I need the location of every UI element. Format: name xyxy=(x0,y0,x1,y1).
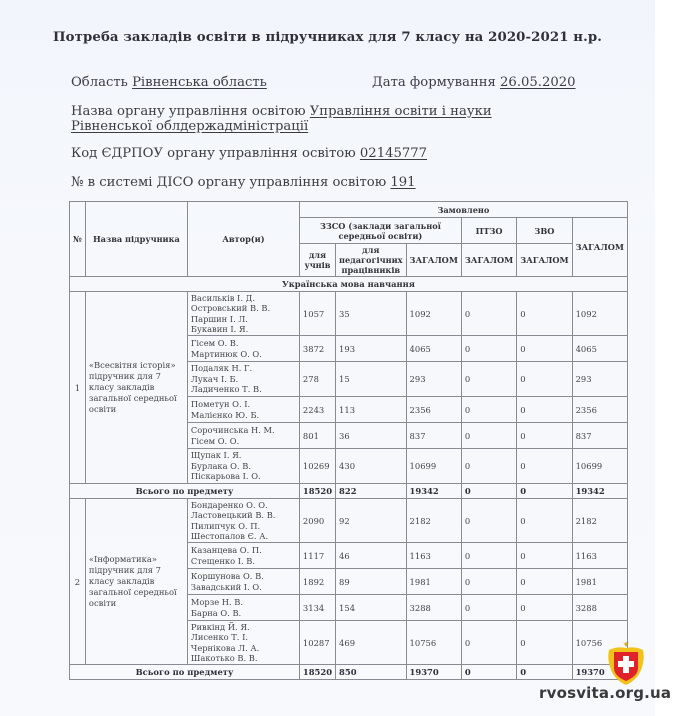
authority-label: Назва органу управління освітою xyxy=(71,104,306,119)
author-name: Шестопалов Є. А. xyxy=(191,531,296,542)
authors-cell: Пометун О. І.Малієнко Ю. Б. xyxy=(187,397,299,423)
section-row: Українська мова навчання xyxy=(70,277,628,292)
author-name: Чернікова Л. А. xyxy=(191,643,296,654)
header-ptzo: ПТЗО xyxy=(461,218,516,244)
cell-students: 3134 xyxy=(299,595,335,621)
cell-ptzo: 0 xyxy=(461,595,516,621)
author-name: Коршунова О. В. xyxy=(191,571,296,582)
author-name: Стещенко І. В. xyxy=(191,556,296,567)
region-line: Область Рівненська область xyxy=(71,75,267,90)
total-students: 18520 xyxy=(299,665,335,680)
author-name: Ладиченко Т. В. xyxy=(191,384,296,395)
cell-zvo: 0 xyxy=(517,362,572,397)
cell-total: 1092 xyxy=(572,292,627,336)
cell-students: 10269 xyxy=(299,449,335,484)
cell-zvo: 0 xyxy=(517,499,572,543)
cell-total: 3288 xyxy=(572,595,627,621)
author-name: Барна О. В. xyxy=(191,608,296,619)
cell-zvo: 0 xyxy=(517,543,572,569)
header-zvo: ЗВО xyxy=(517,218,572,244)
author-name: Гісем О. В. xyxy=(191,338,296,349)
header-zzso: ЗЗСО (заклади загальної середньої освіти… xyxy=(299,218,461,244)
author-name: Лисенко Т. І. xyxy=(191,632,296,643)
cell-students: 10287 xyxy=(299,621,335,665)
author-name: Ривкінд Й. Я. xyxy=(191,622,296,633)
author-name: Васильків І. Д. xyxy=(191,293,296,304)
cell-ptzo: 0 xyxy=(461,569,516,595)
table-row: 1«Всесвітня історія» підручник для 7 кла… xyxy=(70,292,628,336)
author-name: Островський В. В. xyxy=(191,303,296,314)
cell-total: 1981 xyxy=(572,569,627,595)
cell-ptzo: 0 xyxy=(461,423,516,449)
cell-zzso-total: 2356 xyxy=(406,397,461,423)
cell-students: 1057 xyxy=(299,292,335,336)
cell-ptzo: 0 xyxy=(461,292,516,336)
watermark-site: rvosvita.org.ua xyxy=(539,684,671,702)
cell-ptzo: 0 xyxy=(461,397,516,423)
textbook-demand-table: № Назва підручника Автор(и) Замовлено ЗЗ… xyxy=(69,201,628,680)
author-name: Паршин І. Л. xyxy=(191,314,296,325)
cell-zvo: 0 xyxy=(517,397,572,423)
cell-total: 1163 xyxy=(572,543,627,569)
cell-zzso-total: 837 xyxy=(406,423,461,449)
subject-number: 2 xyxy=(70,499,86,665)
cell-zzso-total: 10699 xyxy=(406,449,461,484)
author-name: Морзе Н. В. xyxy=(191,597,296,608)
region-label: Область xyxy=(71,75,128,90)
cell-zzso-total: 4065 xyxy=(406,336,461,362)
document-title: Потреба закладів освіти в підручниках дл… xyxy=(0,30,655,45)
cell-students: 2090 xyxy=(299,499,335,543)
cell-zvo: 0 xyxy=(517,595,572,621)
authors-cell: Ривкінд Й. Я.Лисенко Т. І.Чернікова Л. А… xyxy=(187,621,299,665)
cell-ptzo: 0 xyxy=(461,336,516,362)
author-name: Ластовецький В. В. xyxy=(191,510,296,521)
total-zvo: 0 xyxy=(517,484,572,499)
cell-total: 2182 xyxy=(572,499,627,543)
table-row: 2«Інформатика» підручник для 7 класу зак… xyxy=(70,499,628,543)
cell-teachers: 430 xyxy=(336,449,407,484)
author-name: Щупак І. Я. xyxy=(191,450,296,461)
author-name: Казанцева О. П. xyxy=(191,545,296,556)
cell-total: 10699 xyxy=(572,449,627,484)
cell-ptzo: 0 xyxy=(461,621,516,665)
author-name: Сорочинська Н. М. xyxy=(191,425,296,436)
cell-students: 1892 xyxy=(299,569,335,595)
cell-teachers: 36 xyxy=(336,423,407,449)
cell-teachers: 469 xyxy=(336,621,407,665)
cell-zzso-total: 1163 xyxy=(406,543,461,569)
cell-teachers: 92 xyxy=(336,499,407,543)
cell-zzso-total: 1092 xyxy=(406,292,461,336)
cell-total: 837 xyxy=(572,423,627,449)
cell-total: 2356 xyxy=(572,397,627,423)
cell-zzso-total: 10756 xyxy=(406,621,461,665)
cell-ptzo: 0 xyxy=(461,543,516,569)
cell-zzso-total: 1981 xyxy=(406,569,461,595)
authors-cell: Щупак І. Я.Бурлака О. В.Піскарьова І. О. xyxy=(187,449,299,484)
author-name: Бондаренко О. О. xyxy=(191,500,296,511)
authors-cell: Васильків І. Д.Островський В. В.Паршин І… xyxy=(187,292,299,336)
cell-zzso-total: 2182 xyxy=(406,499,461,543)
total-ptzo: 0 xyxy=(461,665,516,680)
author-name: Гісем О. О. xyxy=(191,436,296,447)
author-name: Малієнко Ю. Б. xyxy=(191,410,296,421)
cell-teachers: 113 xyxy=(336,397,407,423)
cell-teachers: 89 xyxy=(336,569,407,595)
authority-line: Назва органу управління освітою Управлін… xyxy=(71,104,551,134)
diso-value: 191 xyxy=(390,175,415,190)
total-zzso-total: 19370 xyxy=(406,665,461,680)
rivne-oblast-coat-of-arms-icon xyxy=(605,638,647,686)
header-zzso-total: ЗАГАЛОМ xyxy=(406,244,461,277)
total-students: 18520 xyxy=(299,484,335,499)
author-name: Бурлака О. В. xyxy=(191,461,296,472)
table-body: Українська мова навчання 1«Всесвітня іст… xyxy=(70,277,628,680)
subject-number: 1 xyxy=(70,292,86,484)
cell-students: 3872 xyxy=(299,336,335,362)
author-name: Мартинюк О. О. xyxy=(191,349,296,360)
header-students: для учнів xyxy=(299,244,335,277)
total-label: Всього по предмету xyxy=(70,665,300,680)
scanned-page: Потреба закладів освіти в підручниках дл… xyxy=(0,0,655,716)
date-value: 26.05.2020 xyxy=(500,75,576,90)
author-name: Шакотько В. В. xyxy=(191,653,296,664)
cell-teachers: 154 xyxy=(336,595,407,621)
total-teachers: 850 xyxy=(336,665,407,680)
date-line: Дата формування 26.05.2020 xyxy=(372,75,576,90)
authors-cell: Подаляк Н. Г.Лукач І. Б.Ладиченко Т. В. xyxy=(187,362,299,397)
cell-ptzo: 0 xyxy=(461,362,516,397)
total-zzso-total: 19342 xyxy=(406,484,461,499)
authors-cell: Коршунова О. В.Завадський І. О. xyxy=(187,569,299,595)
authors-cell: Казанцева О. П.Стещенко І. В. xyxy=(187,543,299,569)
subject-total-row: Всього по предмету18520850193700019370 xyxy=(70,665,628,680)
cell-zvo: 0 xyxy=(517,292,572,336)
cell-total: 4065 xyxy=(572,336,627,362)
header-zvo-total: ЗАГАЛОМ xyxy=(517,244,572,277)
region-value: Рівненська область xyxy=(132,75,267,90)
cell-teachers: 35 xyxy=(336,292,407,336)
total-teachers: 822 xyxy=(336,484,407,499)
cell-ptzo: 0 xyxy=(461,499,516,543)
cell-teachers: 46 xyxy=(336,543,407,569)
authors-cell: Гісем О. В.Мартинюк О. О. xyxy=(187,336,299,362)
header-authors: Автор(и) xyxy=(187,202,299,277)
header-ptzo-total: ЗАГАЛОМ xyxy=(461,244,516,277)
authors-cell: Сорочинська Н. М.Гісем О. О. xyxy=(187,423,299,449)
total-ptzo: 0 xyxy=(461,484,516,499)
cell-zvo: 0 xyxy=(517,449,572,484)
cell-students: 801 xyxy=(299,423,335,449)
authors-cell: Морзе Н. В.Барна О. В. xyxy=(187,595,299,621)
edrpou-label: Код ЄДРПОУ органу управління освітою xyxy=(71,146,356,161)
cell-zzso-total: 293 xyxy=(406,362,461,397)
header-ordered: Замовлено xyxy=(299,202,627,218)
author-name: Лукач І. Б. xyxy=(191,374,296,385)
edrpou-value: 02145777 xyxy=(360,146,427,161)
author-name: Пометун О. І. xyxy=(191,399,296,410)
header-teachers: для педагогічних працівників xyxy=(336,244,407,277)
subject-name: «Всесвітня історія» підручник для 7 клас… xyxy=(85,292,187,484)
author-name: Піскарьова І. О. xyxy=(191,471,296,482)
authors-cell: Бондаренко О. О.Ластовецький В. В.Пилипч… xyxy=(187,499,299,543)
total-total: 19342 xyxy=(572,484,627,499)
cell-students: 1117 xyxy=(299,543,335,569)
cell-students: 2243 xyxy=(299,397,335,423)
date-label: Дата формування xyxy=(372,75,496,90)
cell-zvo: 0 xyxy=(517,423,572,449)
cell-zzso-total: 3288 xyxy=(406,595,461,621)
cell-zvo: 0 xyxy=(517,621,572,665)
total-zvo: 0 xyxy=(517,665,572,680)
cell-zvo: 0 xyxy=(517,569,572,595)
header-no: № xyxy=(70,202,86,277)
author-name: Завадський І. О. xyxy=(191,582,296,593)
header-total: ЗАГАЛОМ xyxy=(572,218,627,277)
cell-total: 293 xyxy=(572,362,627,397)
author-name: Букавин І. Я. xyxy=(191,324,296,335)
cell-students: 278 xyxy=(299,362,335,397)
total-label: Всього по предмету xyxy=(70,484,300,499)
edrpou-line: Код ЄДРПОУ органу управління освітою 021… xyxy=(71,146,427,161)
subject-total-row: Всього по предмету18520822193420019342 xyxy=(70,484,628,499)
diso-line: № в системі ДІСО органу управління освіт… xyxy=(71,175,416,190)
cell-ptzo: 0 xyxy=(461,449,516,484)
subject-name: «Інформатика» підручник для 7 класу закл… xyxy=(85,499,187,665)
author-name: Подаляк Н. Г. xyxy=(191,363,296,374)
diso-label: № в системі ДІСО органу управління освіт… xyxy=(71,175,386,190)
header-name: Назва підручника xyxy=(85,202,187,277)
cell-zvo: 0 xyxy=(517,336,572,362)
author-name: Пилипчук О. П. xyxy=(191,521,296,532)
cell-teachers: 193 xyxy=(336,336,407,362)
cell-teachers: 15 xyxy=(336,362,407,397)
